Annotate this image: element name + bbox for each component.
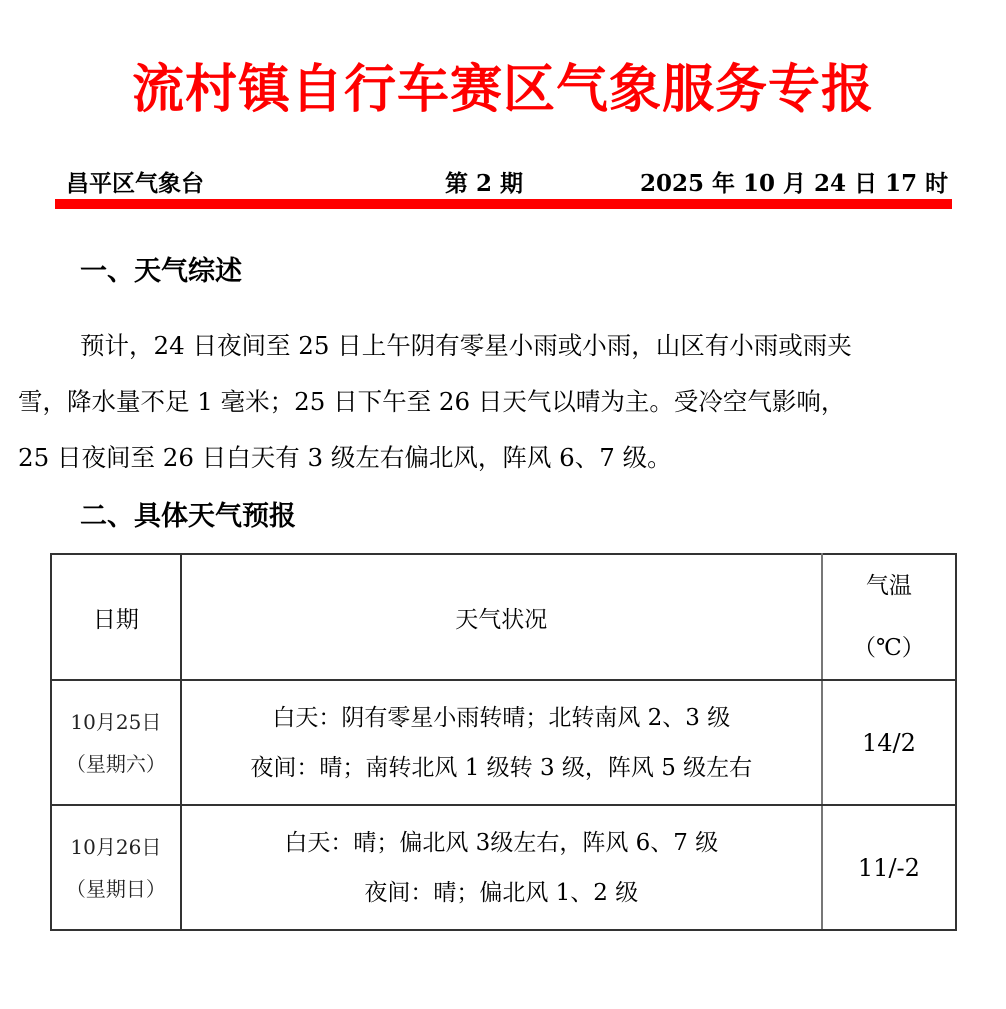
weekday: （星期日）	[52, 868, 180, 910]
paragraph-line: 预计，24 日夜间至 25 日上午阴有零星小雨或小雨，山区有小雨或雨夹	[18, 318, 993, 374]
date: 10月25日	[52, 701, 180, 743]
daytime-forecast: 白天：阴有零星小雨转晴；北转南风 2、3 级	[182, 693, 821, 743]
weather-cell: 白天：阴有零星小雨转晴；北转南风 2、3 级 夜间：晴；南转北风 1 级转 3 …	[181, 680, 822, 805]
paragraph-line: 25 日夜间至 26 日白天有 3 级左右偏北风，阵风 6、7 级。	[18, 430, 993, 486]
forecast-table: 日期 天气状况 气温 （℃） 10月25日 （星期六） 白天：阴有零星小雨转晴；…	[50, 553, 957, 931]
header-temp-unit: （℃）	[823, 617, 955, 679]
section-heading-forecast: 二、具体天气预报	[80, 500, 296, 534]
temperature-cell: 11/-2	[822, 805, 956, 930]
issue-datetime: 2025 年 10 月 24 日 17 时	[640, 170, 948, 198]
section-heading-overview: 一、天气综述	[80, 255, 242, 289]
report-title: 流村镇自行车赛区气象服务专报	[0, 58, 1006, 122]
table-row: 10月25日 （星期六） 白天：阴有零星小雨转晴；北转南风 2、3 级 夜间：晴…	[51, 680, 956, 805]
date-cell: 10月26日 （星期日）	[51, 805, 181, 930]
header-temperature: 气温 （℃）	[822, 554, 956, 680]
red-divider	[55, 199, 952, 209]
daytime-forecast: 白天：晴；偏北风 3级左右，阵风 6、7 级	[182, 818, 821, 868]
temperature-cell: 14/2	[822, 680, 956, 805]
issuing-organization: 昌平区气象台	[66, 170, 204, 198]
paragraph-line: 雪，降水量不足 1 毫米；25 日下午至 26 日天气以晴为主。受冷空气影响，	[18, 374, 993, 430]
header-temp-label: 气温	[823, 555, 955, 617]
date: 10月26日	[52, 826, 180, 868]
table-row: 10月26日 （星期日） 白天：晴；偏北风 3级左右，阵风 6、7 级 夜间：晴…	[51, 805, 956, 930]
weather-cell: 白天：晴；偏北风 3级左右，阵风 6、7 级 夜间：晴；偏北风 1、2 级	[181, 805, 822, 930]
table-header-row: 日期 天气状况 气温 （℃）	[51, 554, 956, 680]
header-weather: 天气状况	[181, 554, 822, 680]
header-date: 日期	[51, 554, 181, 680]
weekday: （星期六）	[52, 743, 180, 785]
date-cell: 10月25日 （星期六）	[51, 680, 181, 805]
overview-paragraph: 预计，24 日夜间至 25 日上午阴有零星小雨或小雨，山区有小雨或雨夹 雪，降水…	[18, 318, 993, 486]
issue-number: 第 2 期	[445, 170, 523, 198]
nighttime-forecast: 夜间：晴；偏北风 1、2 级	[182, 868, 821, 918]
nighttime-forecast: 夜间：晴；南转北风 1 级转 3 级，阵风 5 级左右	[182, 743, 821, 793]
